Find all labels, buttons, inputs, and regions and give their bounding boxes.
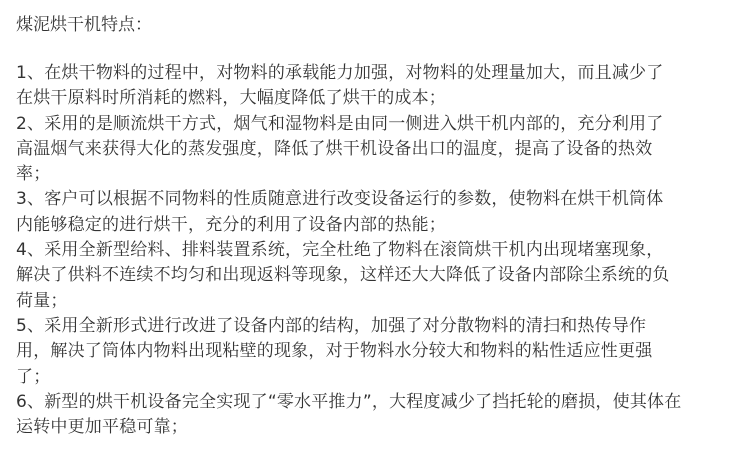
document-body: 1、在烘干物料的过程中，对物料的承载能力加强，对物料的处理量加大，而且减少了 在… (16, 61, 732, 440)
text-line: 1、在烘干物料的过程中，对物料的承载能力加强，对物料的处理量加大，而且减少了 (16, 61, 732, 86)
text-line: 内能够稳定的进行烘干，充分的利用了设备内部的热能； (16, 213, 732, 238)
text-line: 2、采用的是顺流烘干方式，烟气和湿物料是由同一侧进入烘干机内部的，充分利用了 (16, 112, 732, 137)
text-line: 用，解决了筒体内物料出现粘壁的现象，对于物料水分较大和物料的粘性适应性更强 (16, 339, 732, 364)
text-line: 在烘干原料时所消耗的燃料，大幅度降低了烘干的成本； (16, 86, 732, 111)
text-line: 运转中更加平稳可靠； (16, 415, 732, 440)
text-line: 率； (16, 162, 732, 187)
text-line: 解决了供料不连续不均匀和出现返料等现象，这样还大大降低了设备内部除尘系统的负 (16, 263, 732, 288)
document-title: 煤泥烘干机特点： (16, 13, 152, 37)
text-line: 6、新型的烘干机设备完全实现了“零水平推力”，大程度减少了挡托轮的磨损，使其体在 (16, 390, 732, 415)
text-line: 5、采用全新形式进行改进了设备内部的结构，加强了对分散物料的清扫和热传导作 (16, 314, 732, 339)
text-line: 3、客户可以根据不同物料的性质随意进行改变设备运行的参数，使物料在烘干机筒体 (16, 187, 732, 212)
text-line: 了； (16, 365, 732, 390)
text-line: 荷量； (16, 289, 732, 314)
text-line: 高温烟气来获得大化的蒸发强度，降低了烘干机设备出口的温度，提高了设备的热效 (16, 137, 732, 162)
text-line: 4、采用全新型给料、排料装置系统，完全杜绝了物料在滚筒烘干机内出现堵塞现象， (16, 238, 732, 263)
